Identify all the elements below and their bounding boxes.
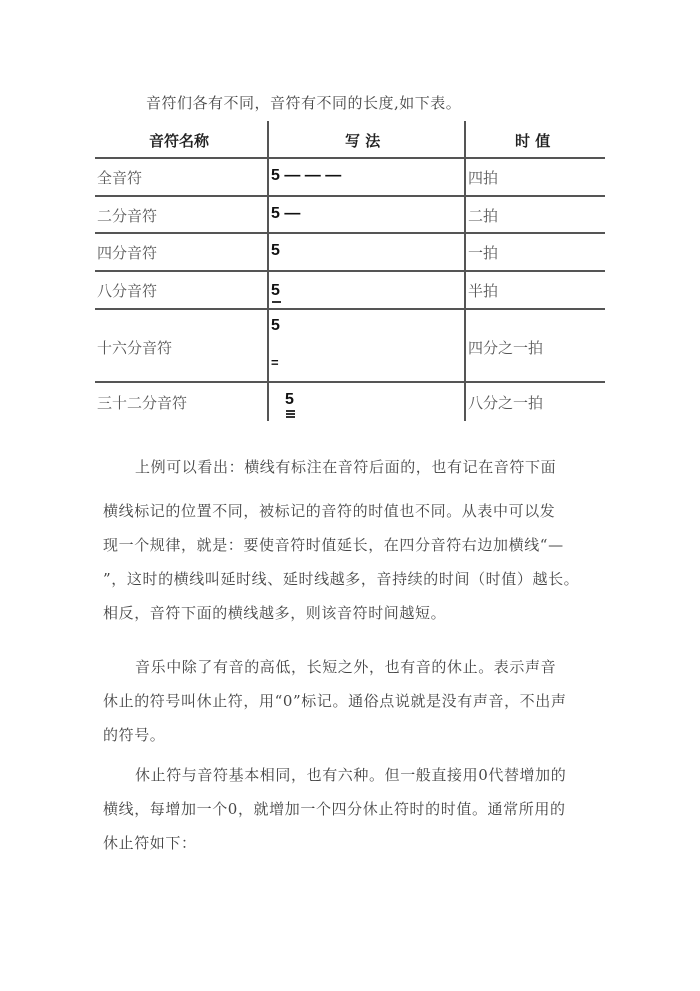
table-row-notation: 5 [271, 317, 280, 335]
paragraph-line: 横线，每增加一个0，就增加一个四分休止符时的时值。通常所用的 [103, 792, 603, 826]
note-digit: 5 [285, 391, 294, 408]
paragraph-line: 现一个规律，就是：要使音符时值延长，在四分音符右边加横线“— [103, 528, 603, 562]
paragraph-line: 上例可以看出：横线有标注在音符后面的，也有记在音符下面 [103, 450, 603, 484]
underline-mark [272, 301, 281, 303]
table-row-name: 四分音符 [97, 242, 157, 263]
table-row-name: 三十二分音符 [97, 392, 187, 413]
paragraph-line: 音乐中除了有音的高低，长短之外，也有音的休止。表示声音 [103, 650, 603, 684]
table-row-notation: 5 [285, 391, 294, 409]
table-row-notation: 5 — [271, 205, 300, 223]
paragraph-line: 的符号。 [103, 718, 603, 752]
paragraph-duration-rules: 上例可以看出：横线有标注在音符后面的，也有记在音符下面 横线标记的位置不同，被标… [103, 450, 603, 630]
paragraph-line: 休止符如下： [103, 826, 603, 860]
underline-mark [286, 413, 295, 415]
table-row-value: 八分之一拍 [468, 392, 543, 413]
header-duration: 时 值 [515, 130, 550, 151]
paragraph-rest-types: 休止符与音符基本相同，也有六种。但一般直接用0代替增加的 横线，每增加一个0，就… [103, 758, 603, 860]
table-row-value: 四分之一拍 [468, 337, 543, 358]
table-row-value: 一拍 [468, 242, 498, 263]
table-row-name: 十六分音符 [97, 337, 172, 358]
underline-mark [286, 410, 295, 412]
header-notation: 写 法 [345, 130, 380, 151]
intro-text: 音符们各有不同，音符有不同的长度,如下表。 [146, 92, 461, 113]
note-duration-table: 音符名称 写 法 时 值 全音符 5 — — — 四拍 二分音符 5 — 二拍 … [95, 121, 605, 421]
row-divider [95, 232, 605, 234]
paragraph-rest-intro: 音乐中除了有音的高低，长短之外，也有音的休止。表示声音 休止的符号叫休止符，用“… [103, 650, 603, 752]
paragraph-line: 休止符与音符基本相同，也有六种。但一般直接用0代替增加的 [103, 758, 603, 792]
table-row-value: 四拍 [468, 167, 498, 188]
row-divider [95, 270, 605, 272]
paragraph-line: ”，这时的横线叫延时线、延时线越多，音持续的时间（时值）越长。 [103, 562, 603, 596]
table-row-notation: 5 [271, 242, 280, 260]
table-row-notation: 5 — — — [271, 167, 341, 185]
row-divider [95, 381, 605, 383]
row-divider [95, 157, 605, 159]
table-row-notation-below: = [271, 355, 279, 370]
row-divider [95, 195, 605, 197]
row-divider [95, 308, 605, 310]
table-row-value: 半拍 [468, 280, 498, 301]
table-row-notation: 5 [271, 282, 280, 300]
note-digit: 5 [271, 282, 280, 299]
table-row-name: 全音符 [97, 167, 142, 188]
paragraph-line: 相反，音符下面的横线越多，则该音符时间越短。 [103, 596, 603, 630]
table-row-value: 二拍 [468, 205, 498, 226]
table-row-name: 八分音符 [97, 280, 157, 301]
paragraph-line: 横线标记的位置不同，被标记的音符的时值也不同。从表中可以发 [103, 494, 603, 528]
table-row-name: 二分音符 [97, 205, 157, 226]
paragraph-line: 休止的符号叫休止符，用“0”标记。通俗点说就是没有声音，不出声 [103, 684, 603, 718]
underline-mark [286, 416, 295, 418]
header-note-name: 音符名称 [149, 130, 209, 151]
